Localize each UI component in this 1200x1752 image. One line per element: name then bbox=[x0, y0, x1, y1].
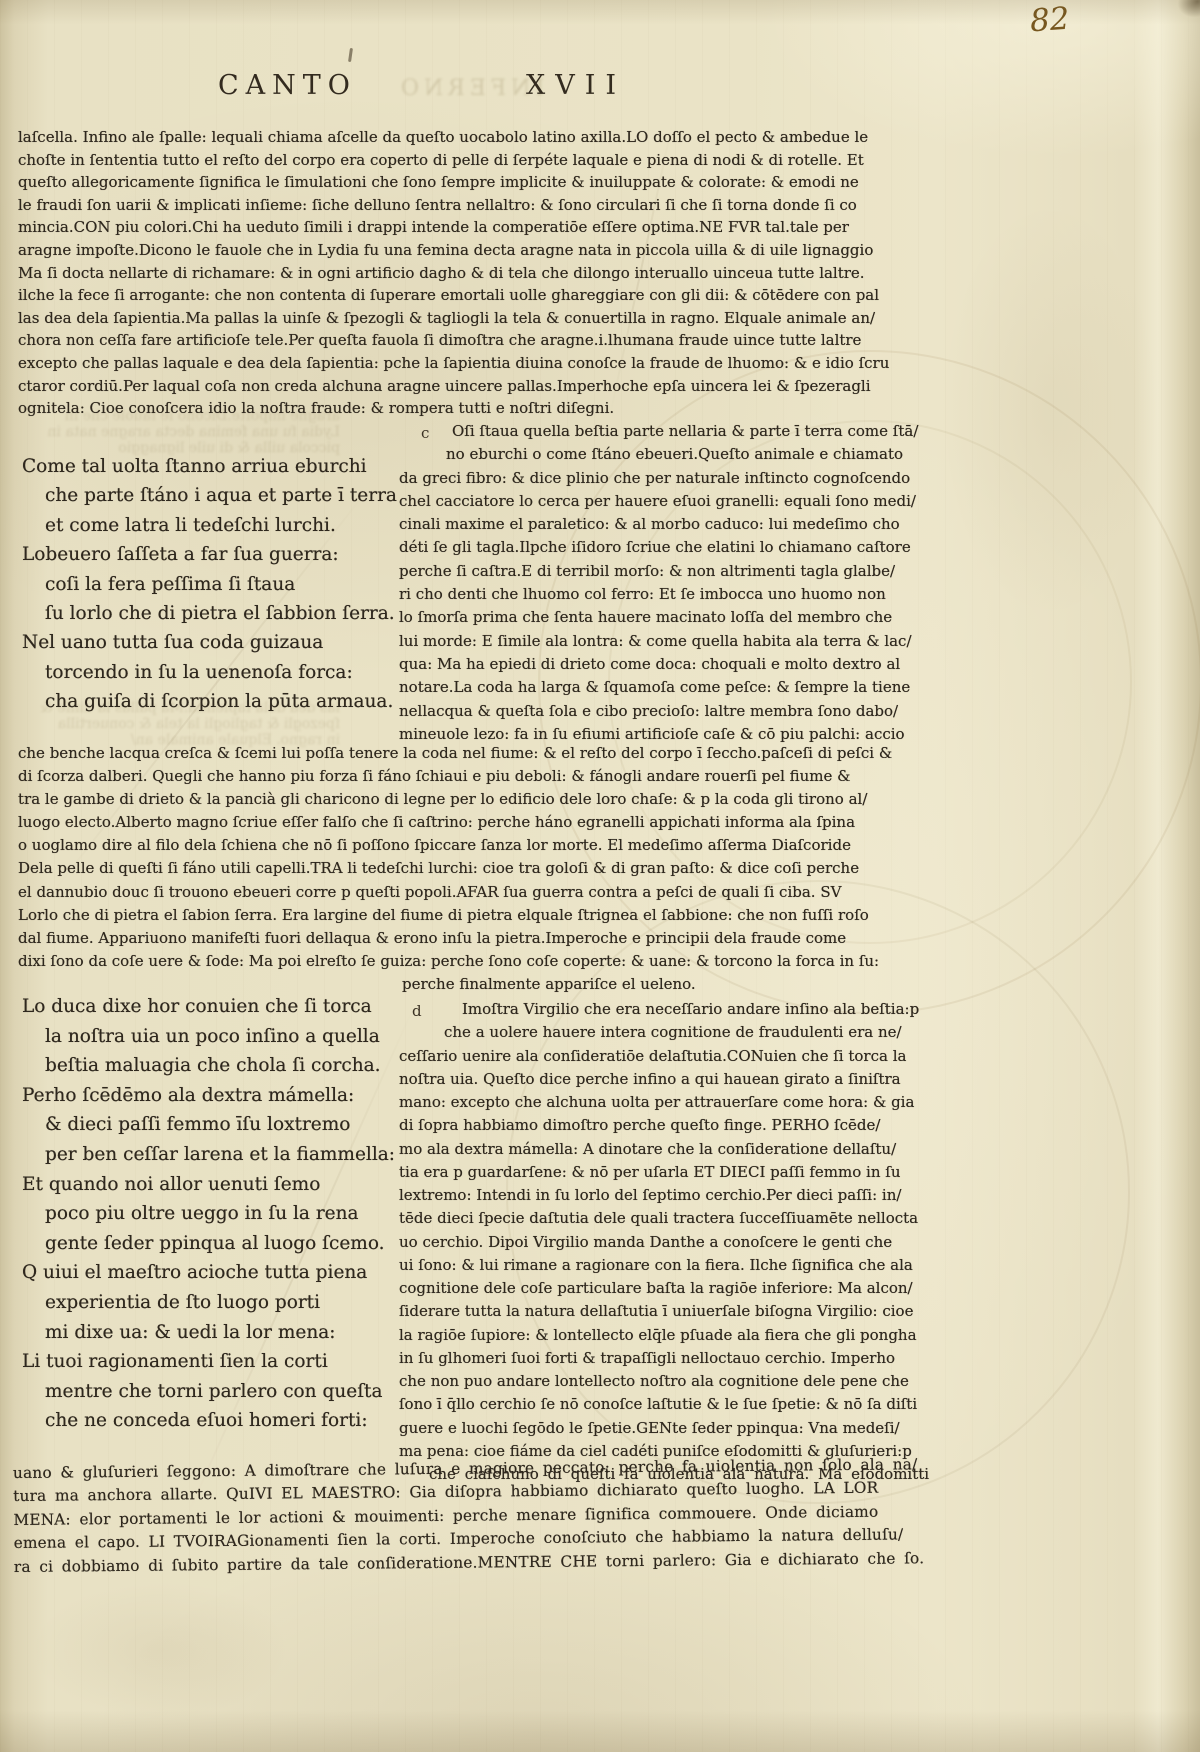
bottom-commentary: uano & gluſurieri ſeggono: A dimoſtrare … bbox=[13, 1452, 1080, 1579]
text-line: Dela pelle di queſti ſi fáno utili capel… bbox=[18, 857, 920, 880]
text-line: di ſcorza dalberi. Quegli che hanno piu … bbox=[18, 765, 920, 788]
text-line: coſi la fera peſſima ſi ſtaua bbox=[22, 570, 392, 599]
text-line: Oſi ſtaua quella beſtia parte nellaria &… bbox=[399, 420, 921, 443]
text-line: la ragiōe ſupiore: & lontellecto elq̄le … bbox=[399, 1324, 921, 1347]
text-line: di ſopra habbiamo dimoſtro perche queſto… bbox=[399, 1114, 921, 1137]
header-canto-number: XVII bbox=[526, 70, 626, 101]
text-line: che non puo andare lontellecto noſtro al… bbox=[399, 1370, 921, 1393]
text-line: ceſſario uenire ala conſideratiōe delaſt… bbox=[399, 1045, 921, 1068]
text-line: Lo duca dixe hor conuien che ſi torca bbox=[22, 992, 392, 1022]
folio-number: 82 bbox=[1029, 1, 1071, 40]
text-line: notare.La coda ha larga & ſquamoſa come … bbox=[399, 676, 921, 699]
text-line: beſtia maluagia che chola ſi corcha. bbox=[22, 1051, 392, 1081]
text-line: mo ala dextra mámella: A dinotare che la… bbox=[399, 1138, 921, 1161]
text-line: & dieci paſſi femmo īſu loxtremo bbox=[22, 1110, 392, 1140]
text-line: aragne impoſte.Dicono le fauole che in L… bbox=[18, 239, 920, 262]
text-line: lo ſmorſa prima che ſenta hauere macinat… bbox=[399, 606, 921, 629]
text-line: Q uiui el maeſtro acioche tutta piena bbox=[22, 1258, 392, 1288]
text-line: chora non ceſſa fare artificioſe tele.Pe… bbox=[18, 329, 920, 352]
text-line: ſiderare tutta la natura dellaſtutia ī u… bbox=[399, 1300, 921, 1323]
verse-block-2: Lo duca dixe hor conuien che ſi torcala … bbox=[22, 992, 392, 1436]
text-line: Imoſtra Virgilio che era neceſſario anda… bbox=[399, 998, 921, 1021]
text-line: experientia de ſto luogo porti bbox=[22, 1288, 392, 1318]
text-line: Lobeuero ſaſſeta a far ſua guerra: bbox=[22, 540, 392, 569]
text-line: in ſu glhomeri ſuoi forti & trapaſſigli … bbox=[399, 1347, 921, 1370]
text-line: laſcella. Infino ale ſpalle: lequali chi… bbox=[18, 126, 920, 149]
text-line: Lorlo che di pietra el ſabion ſerra. Era… bbox=[18, 904, 920, 927]
text-line: mi dixe ua: & uedi la lor mena: bbox=[22, 1318, 392, 1348]
text-line: tia era p guardarſene: & nō per uſarla E… bbox=[399, 1161, 921, 1184]
text-line: Come tal uolta ſtanno arriua eburchi bbox=[22, 452, 392, 481]
showthrough-inferno: INFERNO bbox=[396, 76, 544, 101]
text-line: che benche lacqua creſca & ſcemi lui poſ… bbox=[18, 742, 920, 765]
text-line: cha guiſa di ſcorpion la pūta armaua. bbox=[22, 687, 392, 716]
text-line: la noſtra uia un poco inſino a quella bbox=[22, 1022, 392, 1052]
text-line: ui ſono: & lui rimane a ragionare con la… bbox=[399, 1254, 921, 1277]
text-line: nellacqua & queſta ſola e cibo precioſo:… bbox=[399, 700, 921, 723]
text-line: Et quando noi allor uenuti ſemo bbox=[22, 1170, 392, 1200]
text-line: no eburchi o come ſtáno ebeueri.Queſto a… bbox=[399, 443, 921, 466]
paper-stain bbox=[940, 200, 1160, 620]
mid-commentary: che benche lacqua creſca & ſcemi lui poſ… bbox=[18, 742, 920, 996]
text-line: Nel uano tutta ſua coda guizaua bbox=[22, 628, 392, 657]
text-line: cinali maxime el paraletico: & al morbo … bbox=[399, 513, 921, 536]
verse-block-1: Come tal uolta ſtanno arriua eburchiche … bbox=[22, 452, 392, 717]
commentary-d: Imoſtra Virgilio che era neceſſario anda… bbox=[399, 998, 921, 1486]
text-line: ognitela: Cioe conoſcera idio la noſtra … bbox=[18, 397, 920, 420]
text-line: o uoglamo dire al filo dela ſchiena che … bbox=[18, 834, 920, 857]
text-line: ctaror cordiū.Per laqual coſa non creda … bbox=[18, 375, 920, 398]
text-line: ſono ī q̄llo cerchio ſe nō conoſce laſtu… bbox=[399, 1393, 921, 1416]
text-line: mincia.CON piu colori.Chi ha ueduto ſimi… bbox=[18, 216, 920, 239]
text-line: che parte ſtáno i aqua et parte ī terra bbox=[22, 481, 392, 510]
text-line: ſu lorlo che di pietra el ſabbion ſerra. bbox=[22, 599, 392, 628]
commentary-c: Oſi ſtaua quella beſtia parte nellaria &… bbox=[399, 420, 921, 746]
text-line: chel cacciatore lo cerca per hauere eſuo… bbox=[399, 490, 921, 513]
text-line: lextremo: Intendi in ſu lorlo del ſeptim… bbox=[399, 1184, 921, 1207]
text-line: qua: Ma ha epiedi di drieto come doca: c… bbox=[399, 653, 921, 676]
text-line: lui morde: E ſimile ala lontra: & come q… bbox=[399, 630, 921, 653]
text-line: che a uolere hauere intera cognitione de… bbox=[399, 1021, 921, 1044]
text-line: mano: excepto che alchuna uolta per attr… bbox=[399, 1091, 921, 1114]
text-line: che ne conceda eſuoi homeri forti: bbox=[22, 1406, 392, 1436]
text-line: tra le gambe di drieto & la pancià gli c… bbox=[18, 788, 920, 811]
text-line: torcendo in ſu la uenenoſa forca: bbox=[22, 658, 392, 687]
text-line: choſte in ſententia tutto el reſto del c… bbox=[18, 149, 920, 172]
text-line: perche ſi caſtra.E di terribil morſo: & … bbox=[399, 560, 921, 583]
incunabulum-page-scan: CANTO INFERNO XVII 82 aragne impoſte.Dic… bbox=[0, 0, 1200, 1752]
text-line: poco piu oltre ueggo in ſu la rena bbox=[22, 1199, 392, 1229]
text-line: luogo electo.Alberto magno ſcriue eſſer … bbox=[18, 811, 920, 834]
text-line: guere e luochi ſegōdo le ſpetie.GENte ſe… bbox=[399, 1417, 921, 1440]
paper-stain bbox=[30, 1580, 290, 1720]
text-line: da greci fibro: & dice plinio che per na… bbox=[399, 467, 921, 490]
header-canto-label: CANTO bbox=[218, 70, 357, 101]
text-line: mentre che torni parlero con queſta bbox=[22, 1377, 392, 1407]
text-line: ri cho denti che lhuomo col ferro: Et ſe… bbox=[399, 583, 921, 606]
text-line: tēde dieci ſpecie daſtutia dele quali tr… bbox=[399, 1207, 921, 1230]
text-line: ilche la fece ſi arrogante: che non cont… bbox=[18, 284, 920, 307]
text-line: déti ſe gli tagla.Ilpche iſidoro ſcriue … bbox=[399, 536, 921, 559]
text-line: gente ſeder ppinqua al luogo ſcemo. bbox=[22, 1229, 392, 1259]
text-line: Ma ſi docta nellarte di richamare: & in … bbox=[18, 262, 920, 285]
text-line: las dea dela ſapientia.Ma pallas la uinſ… bbox=[18, 307, 920, 330]
text-line: cognitione dele coſe particulare baſta l… bbox=[399, 1277, 921, 1300]
text-line: dal fiume. Appariuono manifeſti fuori de… bbox=[18, 927, 920, 950]
ink-blemish bbox=[348, 48, 353, 62]
text-line: per ben ceſſar larena et la fiammella: bbox=[22, 1140, 392, 1170]
text-line: dixi ſono da coſe uere & ſode: Ma poi el… bbox=[18, 950, 920, 973]
text-line: queſto allegoricamente ſignifica le ſimu… bbox=[18, 171, 920, 194]
text-line: Li tuoi ragionamenti ſien la corti bbox=[22, 1347, 392, 1377]
intro-commentary: laſcella. Infino ale ſpalle: lequali chi… bbox=[18, 126, 920, 420]
text-line: uo cerchio. Dipoi Virgilio manda Danthe … bbox=[399, 1231, 921, 1254]
text-line: et come latra li tedeſchi lurchi. bbox=[22, 511, 392, 540]
text-line: Perho ſcēdēmo ala dextra mámella: bbox=[22, 1081, 392, 1111]
text-line: le fraudi ſon uarii & implicati inſieme:… bbox=[18, 194, 920, 217]
text-line: noſtra uia. Queſto dice perche infino a … bbox=[399, 1068, 921, 1091]
text-line: excepto che pallas laquale e dea dela ſa… bbox=[18, 352, 920, 375]
text-line: el dannubio douc ſi trouono ebeueri corr… bbox=[18, 881, 920, 904]
corner-ink-blot bbox=[1175, 0, 1200, 23]
